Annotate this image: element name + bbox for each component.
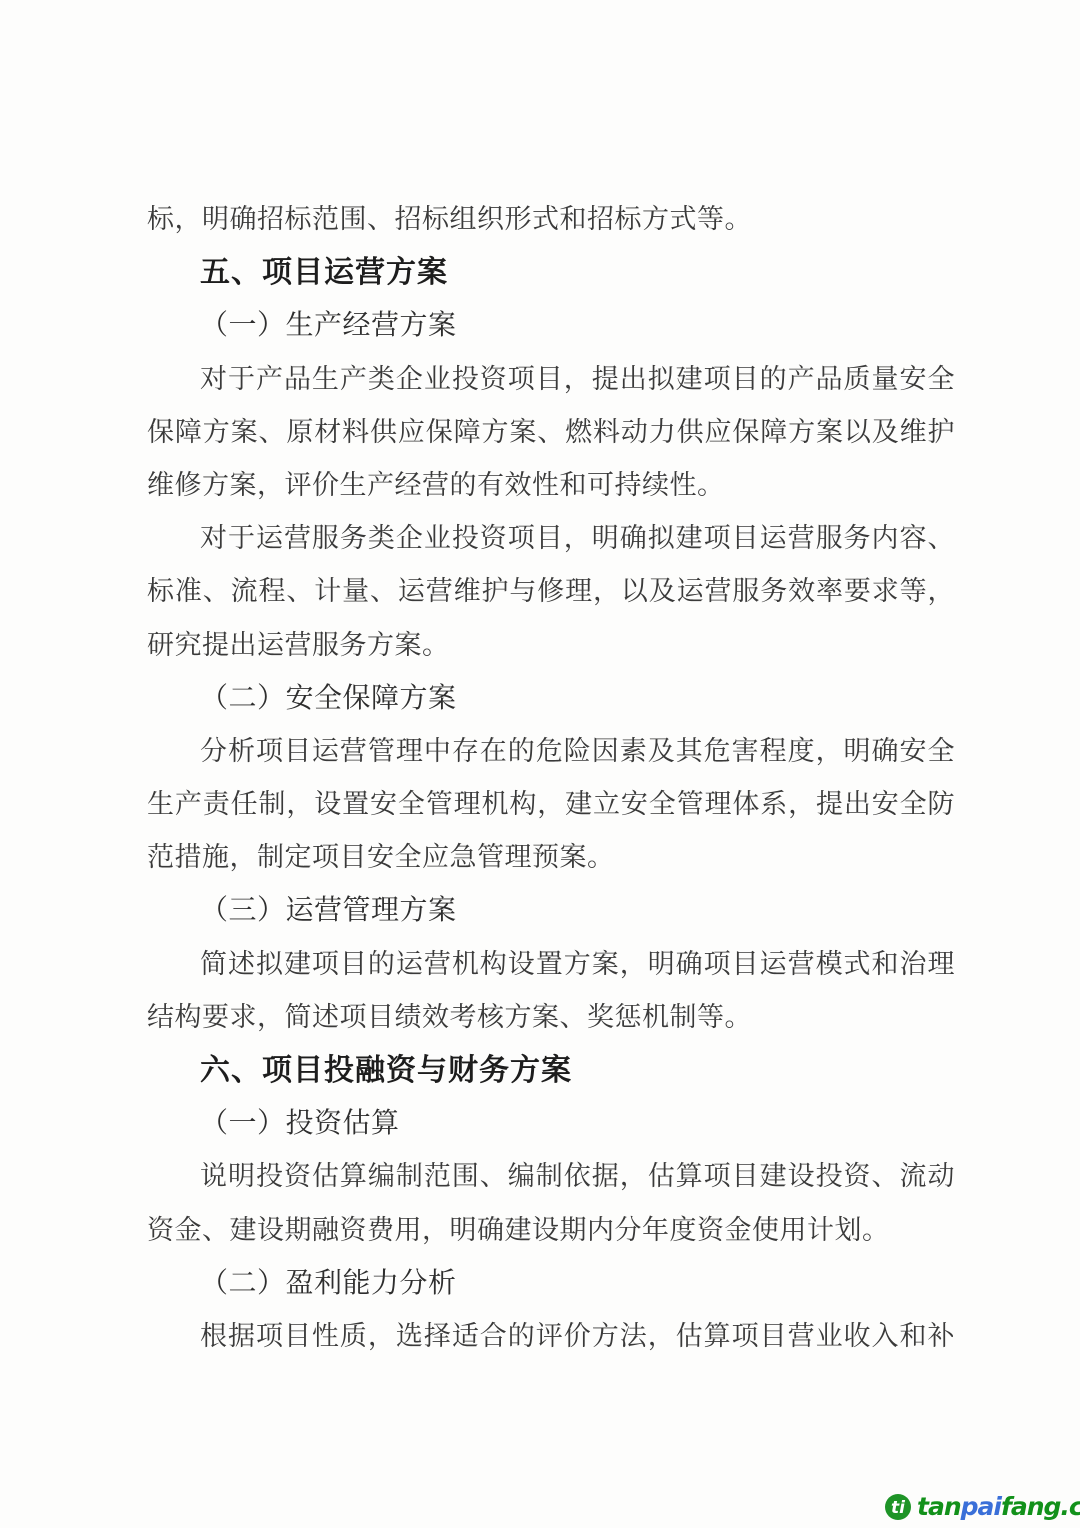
watermark-segment: fang.com (1001, 1492, 1080, 1521)
body-line: 生产责任制，设置安全管理机构，建立安全管理体系，提出安全防 (147, 778, 955, 831)
body-line: 维修方案，评价生产经营的有效性和可持续性。 (147, 459, 955, 512)
document-content: 标，明确招标范围、招标组织形式和招标方式等。五、项目运营方案（一）生产经营方案对… (147, 193, 955, 1363)
body-line: 根据项目性质，选择适合的评价方法，估算项目营业收入和补 (147, 1310, 955, 1363)
svg-text:ti: ti (891, 1498, 906, 1518)
body-line: 结构要求，简述项目绩效考核方案、奖惩机制等。 (147, 991, 955, 1044)
document-page: 标，明确招标范围、招标组织形式和招标方式等。五、项目运营方案（一）生产经营方案对… (0, 0, 1080, 1528)
subsection-heading: （一）投资估算 (147, 1097, 955, 1150)
body-line: 说明投资估算编制范围、编制依据，估算项目建设投资、流动 (147, 1150, 955, 1203)
body-line: 保障方案、原材料供应保障方案、燃料动力供应保障方案以及维护 (147, 406, 955, 459)
site-watermark-text: tanpaifang.com (917, 1492, 1080, 1521)
body-line: 对于运营服务类企业投资项目，明确拟建项目运营服务内容、 (147, 512, 955, 565)
body-line: 简述拟建项目的运营机构设置方案，明确项目运营模式和治理 (147, 938, 955, 991)
watermark-segment: pai (961, 1492, 1001, 1521)
watermark-segment: tan (917, 1492, 961, 1521)
body-line: 分析项目运营管理中存在的危险因素及其危害程度，明确安全 (147, 725, 955, 778)
subsection-heading: （二）安全保障方案 (147, 672, 955, 725)
site-watermark: ti tanpaifang.com (884, 1492, 1080, 1521)
tanpaifang-logo-icon: ti (884, 1493, 912, 1521)
section-heading: 六、项目投融资与财务方案 (147, 1044, 955, 1097)
body-line: 范措施，制定项目安全应急管理预案。 (147, 831, 955, 884)
body-line: 标准、流程、计量、运营维护与修理，以及运营服务效率要求等， (147, 565, 955, 618)
body-line: 对于产品生产类企业投资项目，提出拟建项目的产品质量安全 (147, 353, 955, 406)
subsection-heading: （二）盈利能力分析 (147, 1257, 955, 1310)
subsection-heading: （三）运营管理方案 (147, 884, 955, 937)
section-heading: 五、项目运营方案 (147, 246, 955, 299)
subsection-heading: （一）生产经营方案 (147, 299, 955, 352)
body-line: 研究提出运营服务方案。 (147, 619, 955, 672)
body-line: 标，明确招标范围、招标组织形式和招标方式等。 (147, 193, 955, 246)
body-line: 资金、建设期融资费用，明确建设期内分年度资金使用计划。 (147, 1204, 955, 1257)
